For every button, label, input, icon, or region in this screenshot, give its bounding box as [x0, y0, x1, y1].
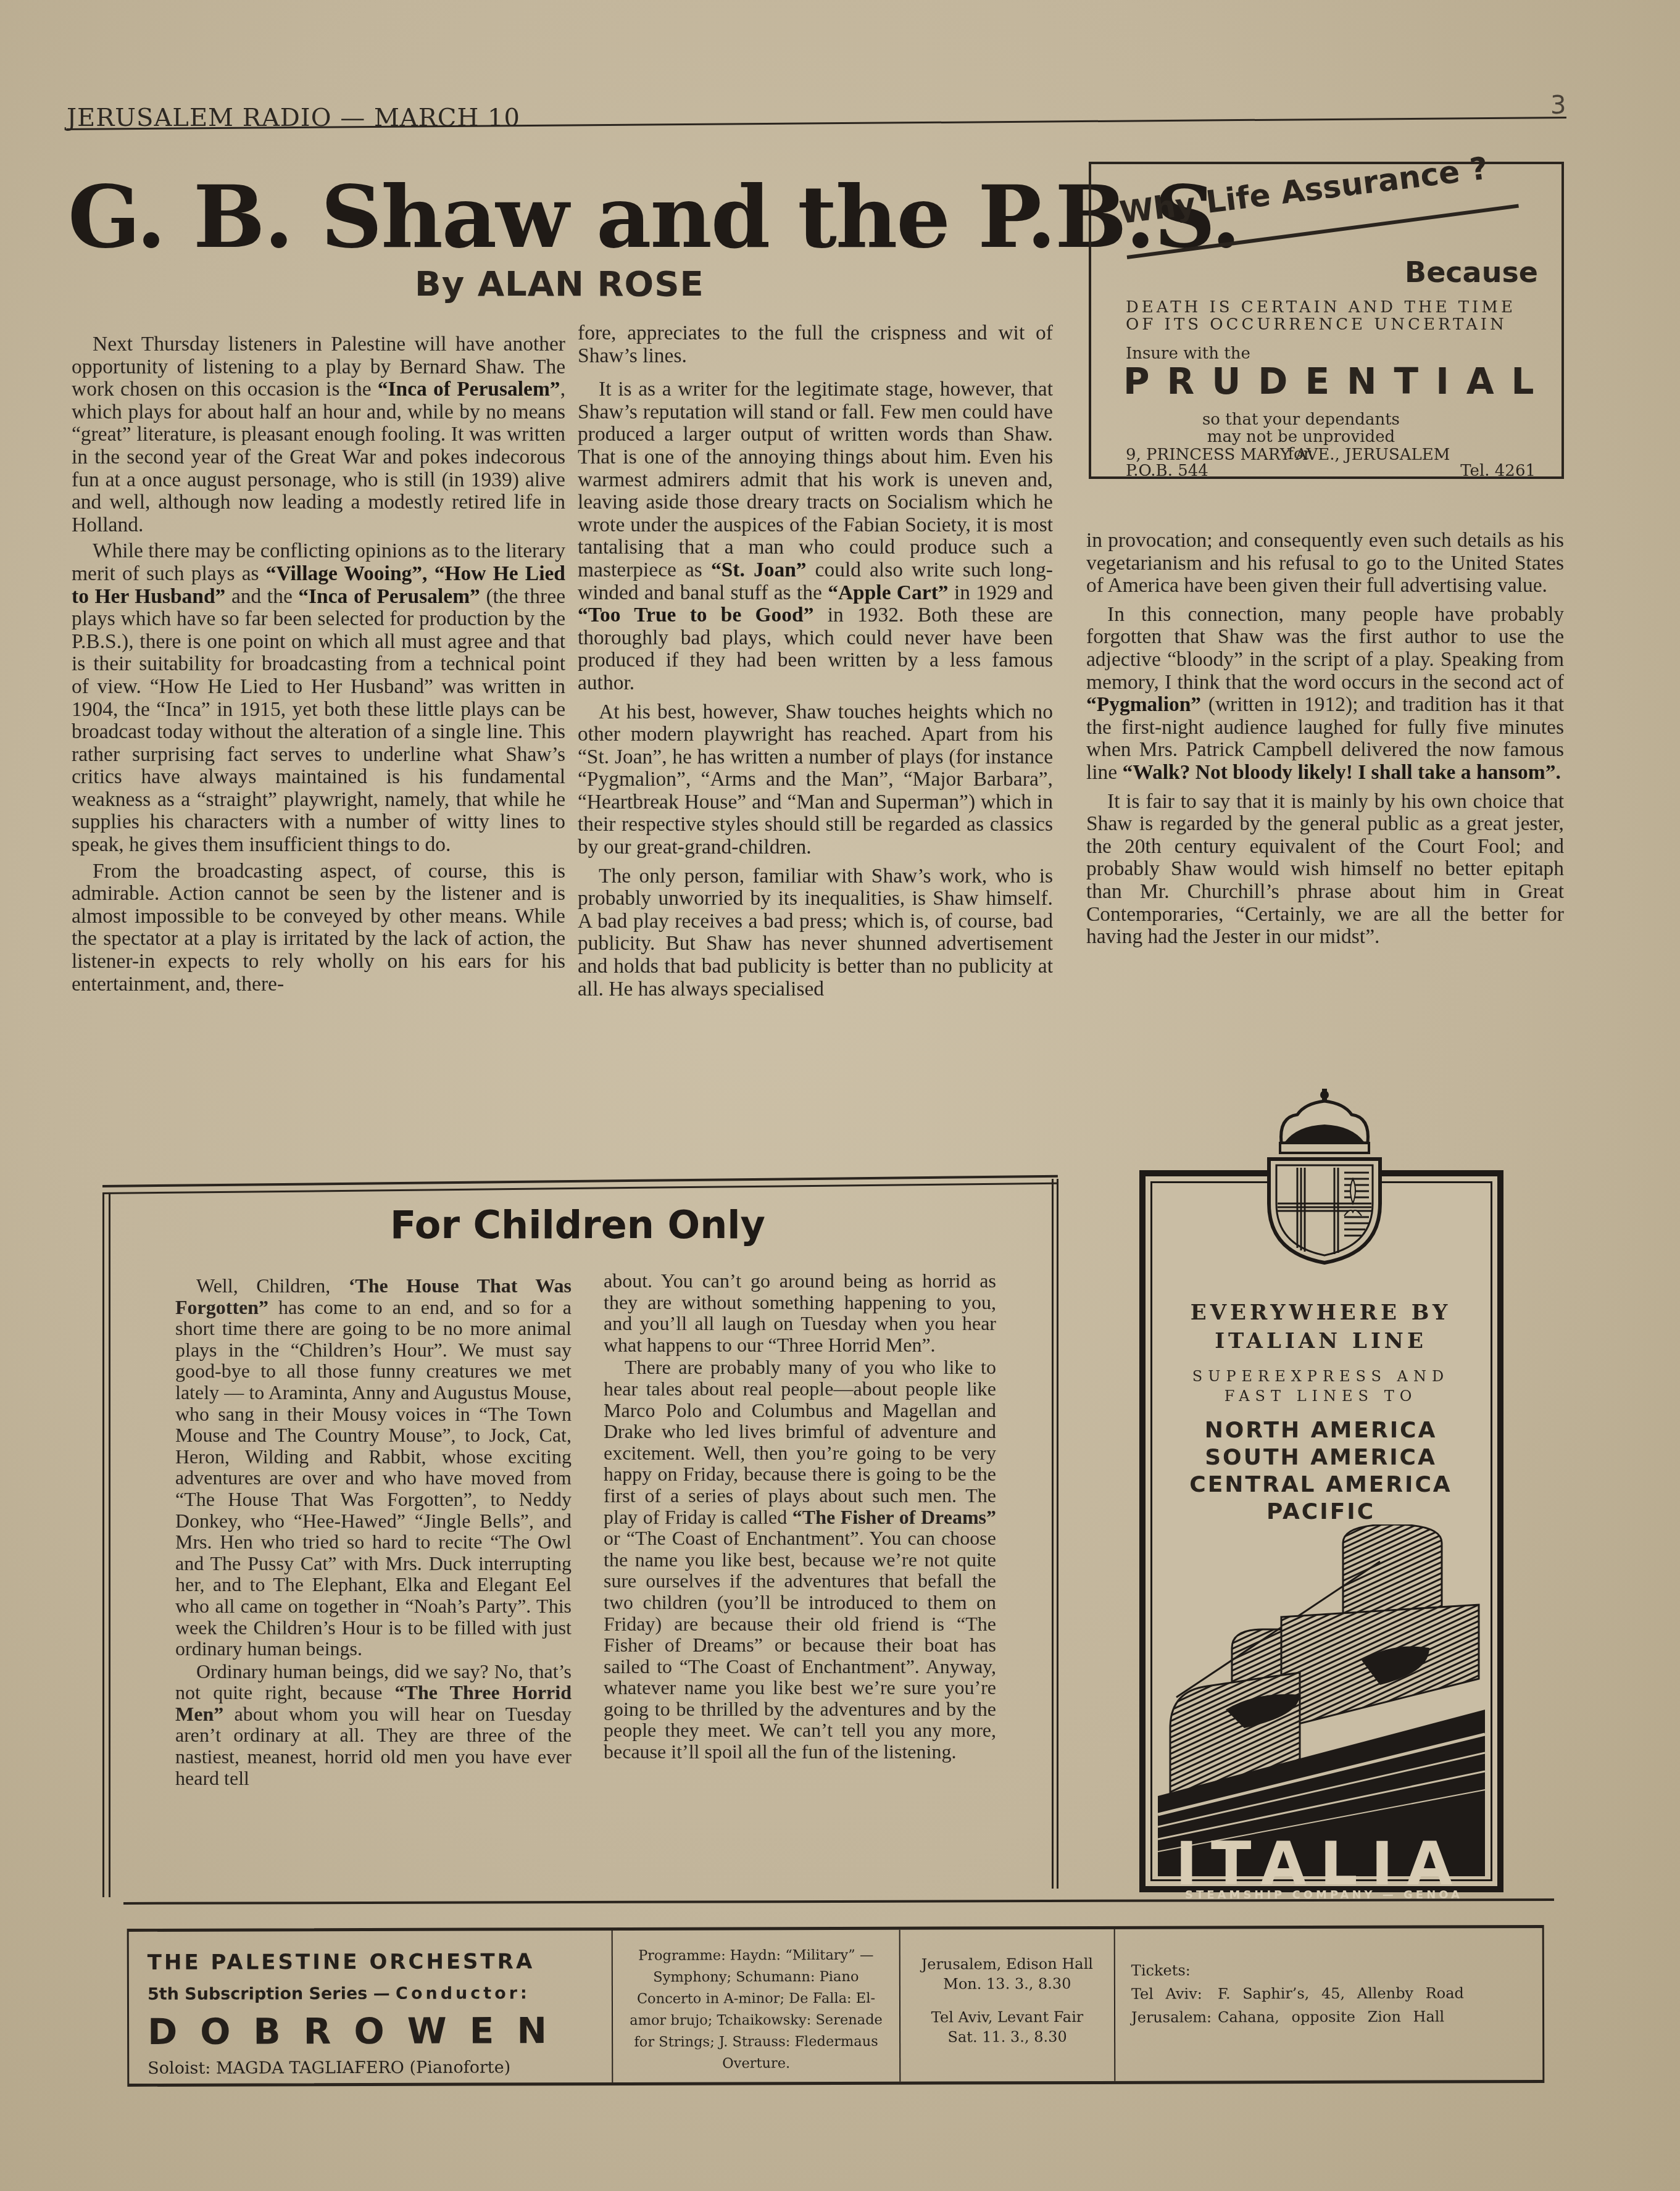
- article-paragraph: From the broadcasting aspect, of course,…: [72, 860, 565, 996]
- children-column-1: Well, Children, ‘The House That Was Forg…: [175, 1275, 572, 1790]
- venue-item: Tel Aviv, Levant Fair Sat. 11. 3., 8.30: [905, 2007, 1109, 2047]
- tickets-cell: Tickets: Tel Aviv:F. Saphir’s, 45, Allen…: [1114, 1928, 1543, 2081]
- crown-crest-icon: [1260, 1086, 1389, 1265]
- ocean-liner-illustration: [1158, 1524, 1485, 1876]
- article-paragraph: Next Thursday listeners in Palestine wil…: [72, 333, 565, 536]
- italia-company-name: STEAMSHIP COMPANY — GENOA: [1173, 1889, 1475, 1902]
- destination-item: PACIFIC: [1154, 1499, 1487, 1526]
- ad-because: Because: [1405, 256, 1538, 289]
- box-rule: [109, 1194, 110, 1897]
- article-paragraph: fore, appreciates to the full the crispn…: [578, 322, 1053, 367]
- destination-item: SOUTH AMERICA: [1154, 1444, 1487, 1471]
- ad-headline-line-1: EVERYWHERE BY: [1154, 1299, 1487, 1327]
- box-rule: [1057, 1179, 1058, 1889]
- page-number: 3: [1550, 91, 1566, 120]
- article-paragraph: The only person, familiar with Shaw’s wo…: [578, 865, 1053, 1001]
- children-paragraph: There are probably many of you who like …: [604, 1357, 996, 1762]
- ad-subheading-line-1: SUPEREXPRESS AND: [1154, 1366, 1487, 1386]
- article-paragraph: in provocation; and consequently even su…: [1086, 530, 1564, 597]
- destination-item: NORTH AMERICA: [1154, 1417, 1487, 1444]
- article-byline: By ALAN ROSE: [415, 264, 704, 304]
- ad-headline-line-2: ITALIAN LINE: [1154, 1327, 1487, 1355]
- article-paragraph: While there may be conflicting opinions …: [72, 540, 565, 856]
- box-rule: [102, 1194, 104, 1897]
- orchestra-name: THE PALESTINE ORCHESTRA: [148, 1949, 535, 1975]
- article-paragraph: It is as a writer for the legitimate sta…: [578, 378, 1053, 694]
- venue-item: Jerusalem, Edison Hall Mon. 13. 3., 8.30: [905, 1954, 1109, 1994]
- tickets-info: Tickets: Tel Aviv:F. Saphir’s, 45, Allen…: [1131, 1958, 1539, 2029]
- italia-ad-text: EVERYWHERE BY ITALIAN LINE SUPEREXPRESS …: [1154, 1299, 1487, 1526]
- destination-item: CENTRAL AMERICA: [1154, 1471, 1487, 1499]
- ticket-outlet: Tel Aviv:F. Saphir’s, 45, Allenby Road: [1131, 1981, 1539, 2006]
- ad-company-name: PRUDENTIAL: [1123, 360, 1552, 402]
- children-paragraph: Well, Children, ‘The House That Was Forg…: [175, 1275, 572, 1660]
- newspaper-page: JERUSALEM RADIO — MARCH 10 3 G. B. Shaw …: [0, 0, 1680, 2191]
- programme-text: Programme: Haydn: “Military” —Symphony; …: [622, 1945, 891, 2075]
- ticket-outlet: Jerusalem:Cahana, opposite Zion Hall: [1131, 2005, 1539, 2029]
- soloist: Soloist: MAGDA TAGLIAFERO (Pianoforte): [148, 2058, 510, 2078]
- article-paragraph: At his best, however, Shaw touches heigh…: [578, 701, 1053, 859]
- article-paragraph: In this connection, many people have pro…: [1086, 604, 1564, 784]
- children-section-title: For Children Only: [390, 1202, 765, 1247]
- article-column-1: Next Thursday listeners in Palestine wil…: [72, 333, 565, 999]
- ad-street: 9, PRINCESS MARY AVE., JERUSALEM: [1126, 447, 1536, 463]
- programme-cell: Programme: Haydn: “Military” —Symphony; …: [612, 1930, 901, 2082]
- orchestra-title-cell: THE PALESTINE ORCHESTRA 5th Subscription…: [129, 1931, 613, 2084]
- orchestra-advertisement: THE PALESTINE ORCHESTRA 5th Subscription…: [127, 1925, 1545, 2087]
- prudential-advertisement: Why Life Assurance ? Because DEATH IS CE…: [1089, 162, 1564, 479]
- subscription-series: 5th Subscription Series — Conductor:: [148, 1984, 530, 2004]
- children-paragraph: Ordinary human beings, did we say? No, t…: [175, 1661, 572, 1789]
- article-paragraph: It is fair to say that it is mainly by h…: [1086, 791, 1564, 949]
- destination-list: NORTH AMERICA SOUTH AMERICA CENTRAL AMER…: [1154, 1417, 1487, 1526]
- article-title: G. B. Shaw and the P.B.S.: [68, 167, 1240, 267]
- article-column-2: fore, appreciates to the full the crispn…: [578, 322, 1053, 1004]
- ad-telephone: Tel. 4261: [1460, 463, 1536, 479]
- children-paragraph: about. You can’t go around being as horr…: [604, 1270, 996, 1355]
- tickets-label: Tickets:: [1131, 1958, 1539, 1982]
- venues-cell: Jerusalem, Edison Hall Mon. 13. 3., 8.30…: [899, 1929, 1116, 2082]
- children-column-2: about. You can’t go around being as horr…: [604, 1270, 996, 1764]
- ad-address: 9, PRINCESS MARY AVE., JERUSALEM P.O.B. …: [1126, 447, 1536, 479]
- box-rule: [1052, 1179, 1054, 1889]
- conductor-name: DOBROWEN: [148, 2010, 570, 2053]
- article-column-3: in provocation; and consequently even su…: [1086, 530, 1564, 952]
- ad-subheading-line-2: FAST LINES TO: [1154, 1386, 1487, 1406]
- ad-statement: DEATH IS CERTAIN AND THE TIME OF ITS OCC…: [1126, 299, 1533, 333]
